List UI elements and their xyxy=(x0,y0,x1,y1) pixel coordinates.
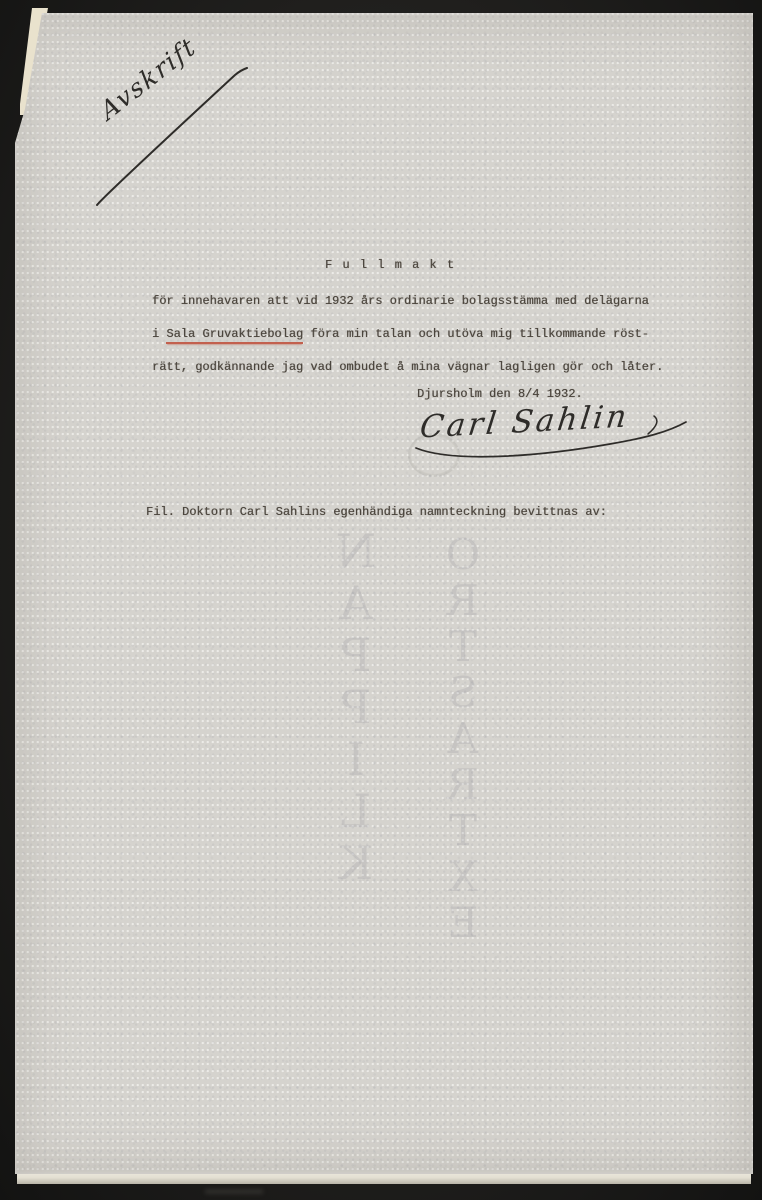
body-line-3: rätt, godkännande jag vad ombudet å mina… xyxy=(152,360,663,375)
watermark-letter: R xyxy=(437,578,489,624)
underlined-company-name: Sala Gruvaktiebolag xyxy=(166,327,303,344)
watermark-letter: T xyxy=(437,808,489,854)
watermark-letter: R xyxy=(437,762,489,808)
body-line-2-prefix: i xyxy=(152,327,166,341)
watermark-letter: A xyxy=(437,716,489,762)
watermark-letter: S xyxy=(437,670,489,716)
watermark-column-right: ORTS ARTXE xyxy=(437,532,489,946)
document-title: F u l l m a k t xyxy=(325,258,456,273)
body-line-1: för innehavaren att vid 1932 års ordinar… xyxy=(152,294,649,309)
mat-smudge xyxy=(205,1189,263,1194)
annotation-underline-stroke xyxy=(77,45,287,225)
watermark-letter: O xyxy=(437,532,489,578)
handwritten-annotation-block: Avskrift xyxy=(77,45,287,225)
watermark-letter: N xyxy=(330,525,382,577)
body-line-2-suffix: föra min talan och utöva mig tillkommand… xyxy=(303,327,649,341)
body-line-2: i Sala Gruvaktiebolag föra min talan och… xyxy=(152,327,649,342)
watermark-column-left: NAPPILK xyxy=(330,525,382,889)
watermark-letter: L xyxy=(330,785,382,837)
watermark-letter: I xyxy=(330,733,382,785)
watermark-letter: X xyxy=(437,854,489,900)
stamp-impression xyxy=(408,433,460,477)
watermark-letter: E xyxy=(437,900,489,946)
watermark-letter: P xyxy=(330,629,382,681)
watermark-letter: A xyxy=(330,577,382,629)
watermark-letter: K xyxy=(330,837,382,889)
watermark-letter: T xyxy=(437,624,489,670)
witness-line: Fil. Doktorn Carl Sahlins egenhändiga na… xyxy=(146,505,607,520)
document-page: Avskrift F u l l m a k t för innehavaren… xyxy=(15,13,753,1174)
watermark-letter: P xyxy=(330,681,382,733)
